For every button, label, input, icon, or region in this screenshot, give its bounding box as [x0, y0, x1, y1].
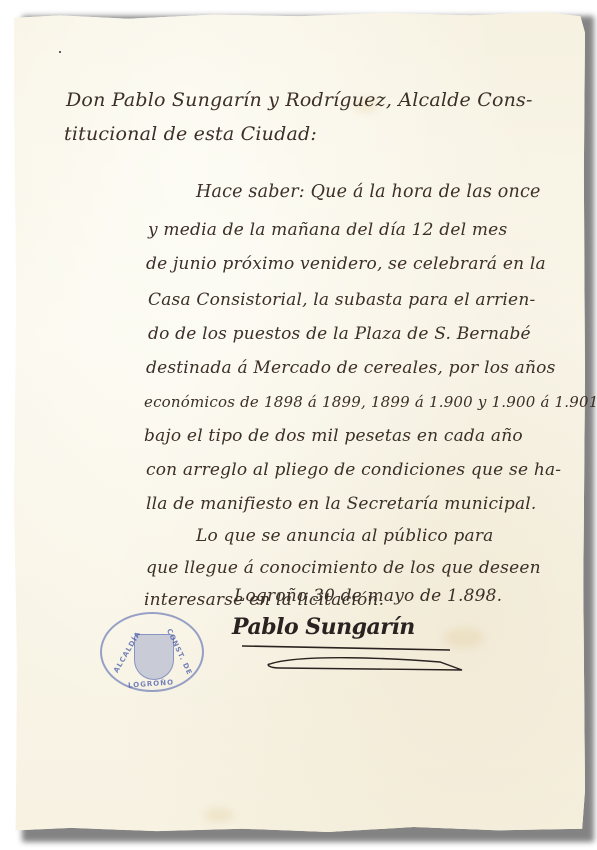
coat-of-arms-icon [134, 634, 174, 680]
heading-line-1: Don Pablo Sungarín y Rodríguez, Alcalde … [66, 90, 533, 110]
heading-line-2: titucional de esta Ciudad: [64, 124, 317, 144]
body-line-7: económicos de 1898 á 1899, 1899 á 1.900 … [144, 392, 597, 412]
body-line-10: lla de manifiesto en la Secretaría munic… [146, 494, 537, 514]
body-line-2: y media de la mañana del día 12 del mes [148, 220, 507, 240]
body-line-3: de junio próximo venidero, se celebrará … [146, 254, 546, 274]
closing-line-2: que llegue á conocimiento de los que des… [146, 558, 541, 578]
paper-stain [204, 808, 234, 822]
stamp-text-bottom: LOGROÑO [128, 678, 175, 689]
signature-flourish-icon [240, 640, 480, 680]
body-line-8: bajo el tipo de dos mil pesetas en cada … [144, 426, 523, 446]
ink-speck [59, 51, 61, 53]
body-line-5: do de los puestos de la Plaza de S. Bern… [148, 324, 531, 344]
official-stamp: ALCALDÍA CONST. DE LOGROÑO [100, 612, 204, 692]
body-line-6: destinada á Mercado de cereales, por los… [146, 358, 556, 378]
body-line-4: Casa Consistorial, la subasta para el ar… [148, 290, 535, 310]
body-line-9: con arreglo al pliego de condiciones que… [146, 460, 561, 480]
date-line: Logroño 30 de mayo de 1.898. [234, 586, 502, 606]
closing-line-1: Lo que se anuncia al público para [196, 526, 494, 546]
body-line-1: Hace saber: Que á la hora de las once [196, 182, 541, 202]
mayor-signature: Pablo Sungarín [232, 614, 415, 640]
